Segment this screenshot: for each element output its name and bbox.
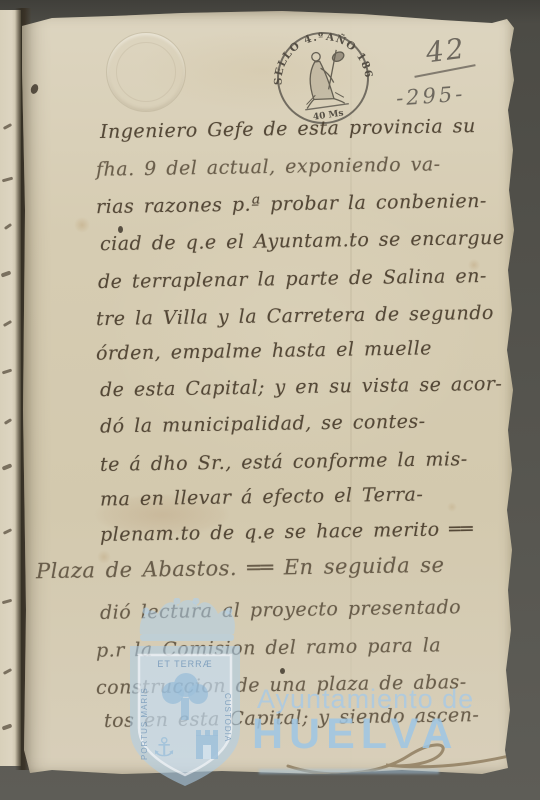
manuscript-line: de esta Capital; y en su vista se acor- — [100, 373, 503, 401]
manuscript-sheet: SELLO 4.º AÑO 1861. 40 Ms 42 -295- — [22, 10, 514, 776]
manuscript-line: Ingeniero Gefe de esta provincia su — [100, 115, 476, 143]
ink-fragment — [4, 223, 12, 230]
folio-number: -295- — [395, 82, 466, 111]
manuscript-line: te á dho Sr., está conforme la mis- — [100, 448, 468, 476]
ink-fragment — [1, 270, 12, 277]
manuscript-line: construccion de una plaza de abas- — [96, 671, 467, 699]
ink-fragment — [4, 418, 12, 425]
ink-fragment — [2, 369, 12, 375]
manuscript-line: rias razones p.ª probar la conbenien- — [96, 190, 487, 218]
manuscript-line: plenam.to de q.e se hace merito ══ — [100, 518, 473, 546]
manuscript-line: tre la Villa y la Carretera de segundo — [96, 302, 494, 330]
ink-fragment — [3, 320, 12, 327]
manuscript-line: dó la municipalidad, se contes- — [100, 410, 426, 437]
manuscript-line: órden, empalme hasta el muelle — [96, 337, 432, 364]
ink-fragment — [2, 177, 13, 183]
ink-fragment — [3, 123, 12, 130]
rubric-flourish-icon — [280, 732, 526, 780]
scanned-document-page: SELLO 4.º AÑO 1861. 40 Ms 42 -295- — [0, 0, 540, 800]
page-number: 42 — [424, 32, 467, 70]
manuscript-line: p.r la Comision del ramo para la — [96, 634, 441, 661]
ink-fragment — [2, 599, 12, 605]
manuscript-line: de terraplenar la parte de Salina en- — [98, 265, 487, 293]
manuscript-line: fha. 9 del actual, exponiendo va- — [96, 153, 441, 180]
ink-blot — [30, 83, 40, 95]
manuscript-line: dió lectura al proyecto presentado — [100, 596, 461, 624]
ink-fragment — [2, 723, 13, 730]
ink-fragment — [3, 528, 12, 535]
manuscript-line: tos en esta Capital; y siendo ascen- — [104, 704, 480, 732]
embossed-seal-icon — [106, 32, 186, 112]
manuscript-margin-heading: Plaza de Abastos. ══ En seguida se — [36, 553, 445, 583]
allegorical-figure-icon — [300, 49, 352, 109]
ink-fragment — [3, 668, 12, 675]
ink-fragment — [2, 463, 13, 470]
manuscript-line: ciad de q.e el Ayuntam.to se encargue — [100, 227, 505, 255]
manuscript-line: ma en llevar á efecto el Terra- — [100, 483, 424, 510]
